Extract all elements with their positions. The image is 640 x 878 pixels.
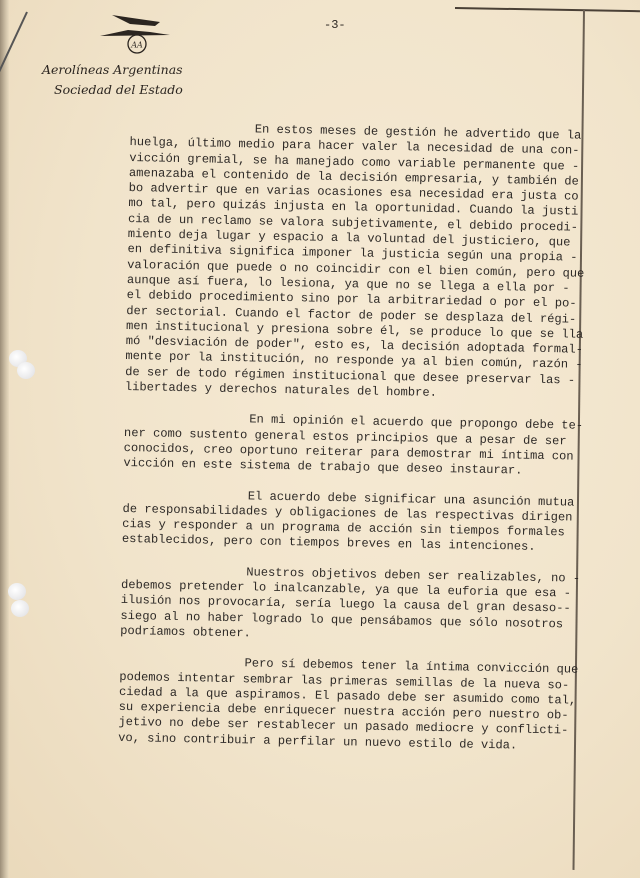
paragraph: El acuerdo debe significar una asunción … (122, 486, 583, 556)
punch-hole (17, 362, 35, 379)
paragraph: En mi opinión el acuerdo que propongo de… (123, 410, 584, 480)
svg-text:AA: AA (130, 41, 143, 50)
page-binding-edge (0, 0, 9, 878)
top-margin-rule (455, 7, 640, 12)
punch-hole (11, 600, 29, 617)
organization-type: Sociedad del Estado (42, 80, 183, 100)
organization-name: Aerolíneas Argentinas (42, 60, 183, 80)
page-number: -3- (324, 18, 346, 32)
paragraph: Nuestros objetivos deben ser realizables… (120, 563, 581, 648)
document-page: AA Aerolíneas Argentinas Sociedad del Es… (0, 0, 640, 878)
aerolineas-argentinas-logo-icon: AA (100, 10, 190, 55)
paragraph: En estos meses de gestión he advertido q… (125, 120, 590, 404)
document-body: En estos meses de gestión he advertido q… (118, 120, 590, 770)
letterhead: Aerolíneas Argentinas Sociedad del Estad… (42, 60, 183, 100)
punch-hole (8, 583, 26, 600)
paragraph: Pero sí debemos tener la íntima convicci… (118, 654, 580, 755)
